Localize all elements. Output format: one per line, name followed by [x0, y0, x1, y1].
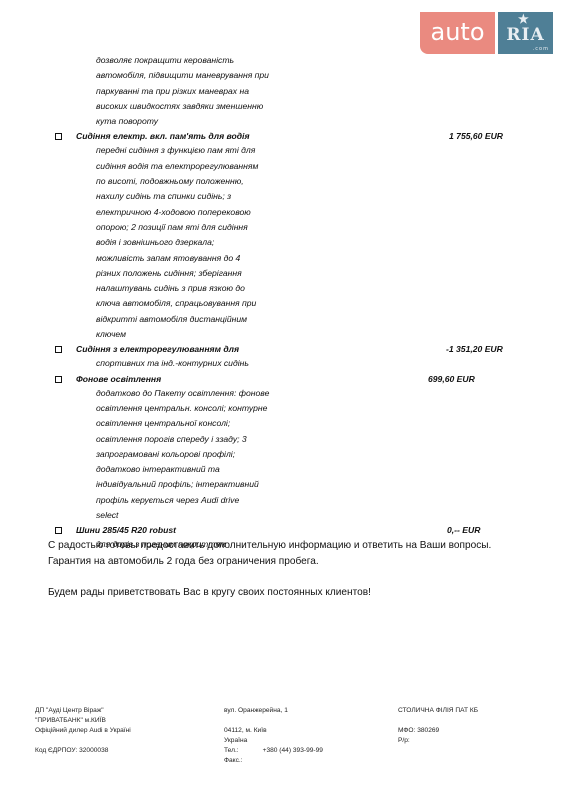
description-line: можливість запам ятовування до 4: [96, 251, 286, 266]
description-line: освітлення порогів спереду і ззаду; 3: [96, 432, 286, 447]
footer-company-name: ДП "Ауді Центр Віраж": [35, 706, 131, 716]
spacer: [48, 569, 491, 585]
closing-line-3: Будем рады приветствовать Вас в кругу св…: [48, 585, 491, 601]
footer-company-column: ДП "Ауді Центр Віраж" "ПРИВАТБАНК" м.КИЇ…: [35, 706, 131, 756]
description-line: водія і зовнішнього дзеркала;: [96, 235, 286, 250]
description-line: освітлення центральн. консолі; контурне: [96, 401, 286, 416]
footer-code: Код ЄДРПОУ: 32000038: [35, 746, 131, 756]
description-line: додатково інтерактивний та: [96, 462, 286, 477]
option-item: Фонове освітлення699,60 EURдодатково до …: [0, 372, 565, 524]
equipment-list: дозволяє покращити керованістьавтомобіля…: [0, 53, 565, 553]
footer-address-column: вул. Оранжерейна, 1 04112, м. Київ Украї…: [224, 706, 323, 766]
description-line: різних положень сидіння; зберігання: [96, 266, 286, 281]
description-line: ключем: [96, 327, 286, 342]
description-line: налаштувань сидінь з прив язкою до: [96, 281, 286, 296]
description-line: сидіння водія та електрорегулюванням: [96, 159, 286, 174]
option-title: Шини 285/45 R20 robust: [76, 523, 176, 537]
footer-bank: "ПРИВАТБАНК" м.КИЇВ: [35, 716, 131, 726]
option-title: Сидіння з електрорегулюванням для: [76, 342, 239, 356]
description-line: нахилу сидінь та спинки сидінь; з: [96, 189, 286, 204]
logo-auto-text: auto: [420, 12, 495, 54]
logo-ria-domain: .com: [533, 46, 549, 52]
checkbox-icon: [55, 527, 62, 534]
option-description: спортивних та інд.-контурних сидінь: [0, 356, 286, 371]
description-line: передні сидіння з функцією пам яті для: [96, 143, 286, 158]
checkbox-icon: [55, 376, 62, 383]
description-line: запрограмовані кольорові профілі;: [96, 447, 286, 462]
description-line: спортивних та інд.-контурних сидінь: [96, 356, 286, 371]
description-line: індивідуальний профіль; інтерактивний: [96, 477, 286, 492]
footer-phone-value: +380 (44) 393-99-99: [263, 747, 323, 754]
description-line: по висоті, подовжньому положенню,: [96, 174, 286, 189]
description-line: ключа автомобіля, спрацьовування при: [96, 296, 286, 311]
footer-phone: Тел.:+380 (44) 393-99-99: [224, 746, 323, 756]
description-line: додатково до Пакету освітлення: фонове: [96, 386, 286, 401]
option-item: Сидіння з електрорегулюванням для-1 351,…: [0, 342, 565, 371]
footer-street: вул. Оранжерейна, 1: [224, 706, 323, 716]
continued-description: дозволяє покращити керованістьавтомобіля…: [0, 53, 286, 129]
footer-mfo: МФО: 380269: [398, 726, 478, 736]
spacer: [398, 716, 478, 726]
option-description: передні сидіння з функцією пам яті дляси…: [0, 143, 286, 342]
spacer: [35, 736, 131, 746]
option-description: додатково до Пакету освітлення: фоновеос…: [0, 386, 286, 524]
spacer: [224, 716, 323, 726]
option-header: Шини 285/45 R20 robust0,-- EUR: [0, 523, 565, 537]
option-price: -1 351,20 EUR: [446, 342, 503, 356]
closing-line-1: С радостью готовы предоставить дополните…: [48, 538, 491, 554]
description-line: відкритті автомобіля дистанційним: [96, 312, 286, 327]
description-line: профіль керується через Audi drive: [96, 493, 286, 508]
footer-country: Україна: [224, 736, 323, 746]
option-price: 0,-- EUR: [447, 523, 480, 537]
closing-text: С радостью готовы предоставить дополните…: [48, 538, 491, 600]
footer-dealer: Офіційний дилер Audi в Україні: [35, 726, 131, 736]
description-line: select: [96, 508, 286, 523]
description-line: дозволяє покращити керованість: [96, 53, 286, 68]
description-line: високих швидкостях завдяки зменшенню: [96, 99, 286, 114]
autoria-logo: auto ★ RIA .com: [420, 12, 553, 54]
footer-fax-label: Факс.:: [224, 756, 323, 766]
option-header: Фонове освітлення699,60 EUR: [0, 372, 565, 386]
checkbox-icon: [55, 133, 62, 140]
logo-ria-block: ★ RIA .com: [498, 12, 553, 54]
star-icon: ★: [518, 13, 530, 25]
option-header: Сидіння електр. вкл. пам'ять для водія1 …: [0, 129, 565, 143]
footer-account: Р/р:: [398, 736, 478, 746]
footer-bank-column: СТОЛИЧНА ФІЛІЯ ПАТ КБ МФО: 380269 Р/р:: [398, 706, 478, 746]
checkbox-icon: [55, 346, 62, 353]
option-item: Сидіння електр. вкл. пам'ять для водія1 …: [0, 129, 565, 342]
option-price: 699,60 EUR: [428, 372, 475, 386]
description-line: електричною 4-ходовою поперековою: [96, 205, 286, 220]
description-line: паркуванні та при різких маневрах на: [96, 84, 286, 99]
option-title: Сидіння електр. вкл. пам'ять для водія: [76, 129, 250, 143]
option-price: 1 755,60 EUR: [449, 129, 503, 143]
footer-phone-label: Тел.:: [224, 747, 239, 754]
option-title: Фонове освітлення: [76, 372, 161, 386]
footer-city: 04112, м. Київ: [224, 726, 323, 736]
description-line: автомобіля, підвищити маневрування при: [96, 68, 286, 83]
closing-line-2: Гарантия на автомобиль 2 года без ограни…: [48, 554, 491, 570]
footer-bank-name: СТОЛИЧНА ФІЛІЯ ПАТ КБ: [398, 706, 478, 716]
logo-ria-text: RIA: [506, 25, 544, 45]
description-line: опорою; 2 позиції пам яті для сидіння: [96, 220, 286, 235]
option-header: Сидіння з електрорегулюванням для-1 351,…: [0, 342, 565, 356]
description-line: освітлення центральної консолі;: [96, 416, 286, 431]
description-line: кута повороту: [96, 114, 286, 129]
